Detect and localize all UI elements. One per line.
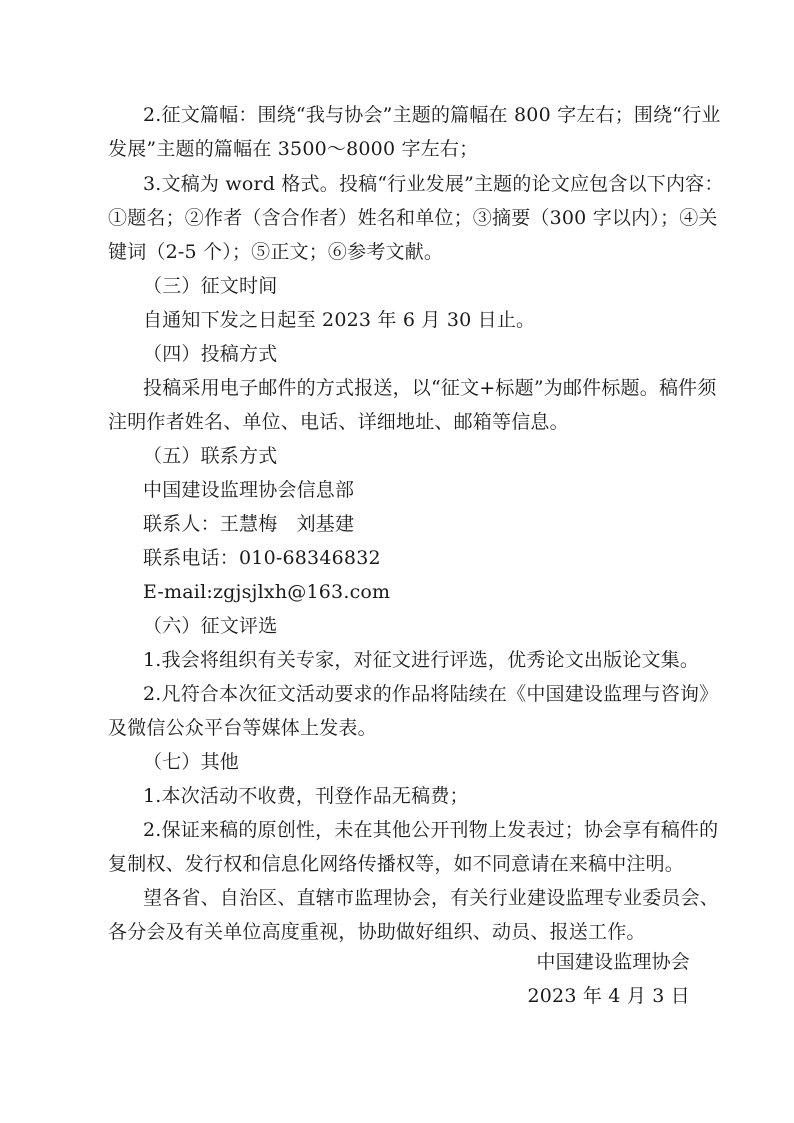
- paragraph-length-requirement: 2.征文篇幅：围绕“我与协会”主题的篇幅在 800 字左右；围绕“行业: [143, 103, 721, 127]
- section-heading-other: （七）其他: [143, 750, 239, 774]
- paragraph-format-requirement-cont2: 键词（2-5 个）；⑤正文；⑥参考文献。: [108, 240, 443, 264]
- contact-email: E-mail:zgjsjlxh@163.com: [143, 580, 390, 604]
- paragraph-closing-cont: 各分会及有关单位高度重视，协助做好组织、动员、报送工作。: [108, 920, 646, 944]
- contact-persons: 联系人：王慧梅 刘基建: [143, 512, 354, 536]
- paragraph-format-requirement-cont: ①题名；②作者（含合作者）姓名和单位；③摘要（300 字以内）；④关: [108, 206, 718, 230]
- paragraph-closing: 望各省、自治区、直辖市监理协会，有关行业建设监理专业委员会、: [143, 886, 719, 910]
- paragraph-submission: 投稿采用电子邮件的方式报送，以“征文+标题”为邮件标题。稿件须: [143, 376, 717, 400]
- contact-department: 中国建设监理协会信息部: [143, 478, 354, 502]
- document-page: 2.征文篇幅：围绕“我与协会”主题的篇幅在 800 字左右；围绕“行业 发展”主…: [0, 0, 794, 1123]
- paragraph-other-1: 1.本次活动不收费，刊登作品无稿费；: [143, 784, 469, 808]
- section-heading-contact: （五）联系方式: [143, 444, 277, 468]
- paragraph-other-2-cont: 复制权、发行权和信息化网络传播权等，如不同意请在来稿中注明。: [108, 852, 684, 876]
- paragraph-evaluation-2: 2.凡符合本次征文活动要求的作品将陆续在《中国建设监理与咨询》: [143, 682, 718, 706]
- paragraph-evaluation-2-cont: 及微信公众平台等媒体上发表。: [108, 716, 377, 740]
- signature-date: 2023 年 4 月 3 日: [527, 984, 690, 1008]
- section-heading-submission: （四）投稿方式: [143, 342, 277, 366]
- paragraph-length-requirement-cont: 发展”主题的篇幅在 3500～8000 字左右；: [108, 137, 478, 161]
- contact-phone: 联系电话：010-68346832: [143, 546, 381, 570]
- paragraph-other-2: 2.保证来稿的原创性，未在其他公开刊物上发表过；协会享有稿件的: [143, 818, 718, 842]
- paragraph-evaluation-1: 1.我会将组织有关专家，对征文进行评选，优秀论文出版论文集。: [143, 648, 699, 672]
- section-heading-evaluation: （六）征文评选: [143, 614, 277, 638]
- paragraph-format-requirement: 3.文稿为 word 格式。投稿“行业发展”主题的论文应包含以下内容：: [143, 172, 724, 196]
- paragraph-submission-cont: 注明作者姓名、单位、电话、详细地址、邮箱等信息。: [108, 410, 569, 434]
- paragraph-deadline: 自通知下发之日起至 2023 年 6 月 30 日止。: [143, 308, 535, 332]
- signature-organization: 中国建设监理协会: [536, 950, 690, 974]
- section-heading-time: （三）征文时间: [143, 274, 277, 298]
